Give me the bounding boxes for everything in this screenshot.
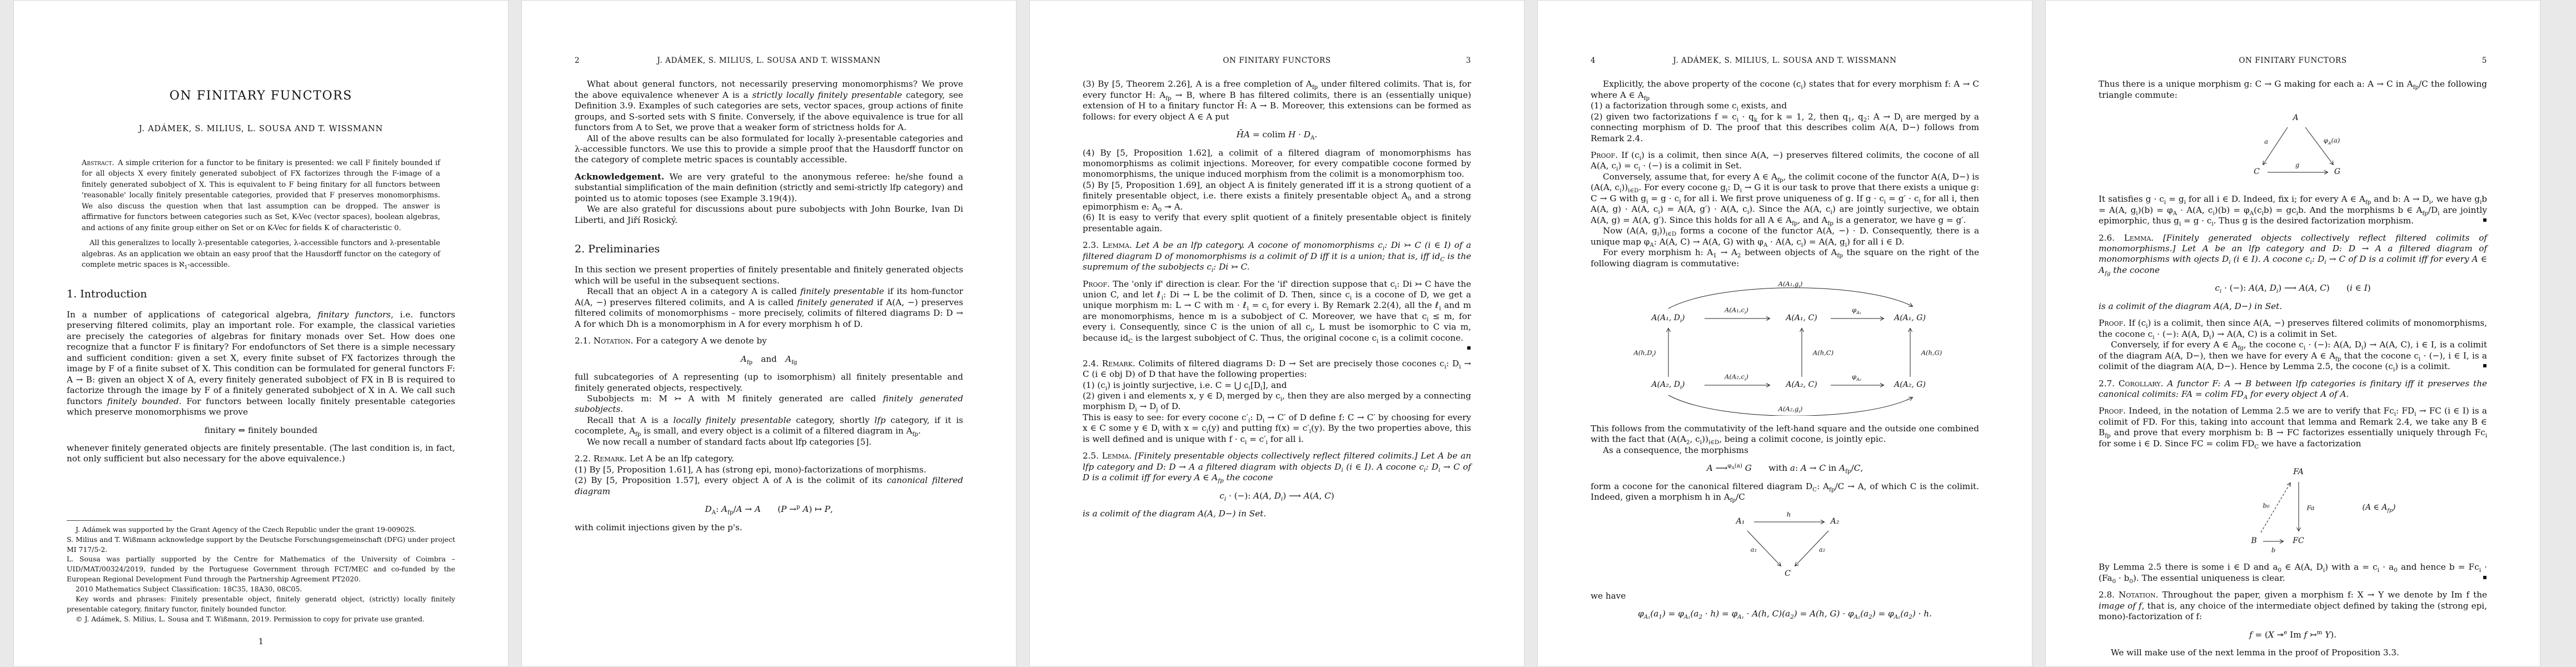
paragraph: with colimit injections given by the p's… [575, 522, 963, 533]
footnote: Key words and phrases: Finitely presenta… [67, 594, 455, 614]
paragraph-text: By Lemma 2.5 there is some i ∈ D and a0 … [2099, 562, 2487, 583]
paragraph: Conversely, if for every A ∈ Afg, the co… [2099, 340, 2487, 372]
diagram-node: A(A₁, G) [1892, 313, 1927, 323]
diagram-node: A₂ [1829, 517, 1841, 527]
footnote: L. Sousa was partially supported by the … [67, 554, 455, 584]
diagram-arrow-label: A(A₂,gi) [1778, 405, 1803, 414]
paragraph: (1) (ci) is jointly surjective, i.e. C =… [1083, 380, 1471, 391]
diagram-arrow-label: Fa [2306, 504, 2314, 512]
display-math-text: ci · (−): A(A, Di) ⟶ A(A, C) (i ∈ I) [2215, 283, 2370, 293]
environment-label: 2.8. Notation. [2099, 590, 2159, 600]
paragraph-text: In this section we present properties of… [575, 265, 963, 285]
paragraph: Conversely, assume that, for every A ∈ A… [1591, 172, 1979, 226]
page-5: ON FINITARY FUNCTORS5Thus there is a uni… [2045, 0, 2540, 667]
paragraph: Thus there is a unique morphism g: C → G… [2099, 79, 2487, 101]
environment-text: [Finitely presentable objects collective… [1083, 451, 1471, 482]
paragraph-text: is a colimit of the diagram A(A, D−) in … [1083, 509, 1266, 519]
paragraph-text: We now recall a number of standard facts… [587, 437, 871, 447]
paragraph: As a consequence, the morphisms [1591, 445, 1979, 456]
paragraph-text: (1) By [5, Proposition 1.61], A has (str… [575, 465, 926, 475]
display-math-text: φA₁(a1) = φA₁(a2 · h) = φA₁ · A(h, C)(a2… [1638, 609, 1932, 619]
display-math-text: Afp and Afg [741, 354, 798, 364]
footnotes: J. Adámek was supported by the Grant Age… [67, 520, 455, 624]
paragraph: Explicitly, the above property of the co… [1591, 79, 1979, 101]
diagram-node: C [2252, 167, 2261, 177]
running-head: 4J. ADÁMEK, S. MILIUS, L. SOUSA AND T. W… [1591, 56, 1979, 66]
paragraph-text: Now (A(A, gi))i∈D forms a cocone of the … [1591, 226, 1979, 246]
footnote: 2010 Mathematics Subject Classification:… [67, 584, 455, 594]
diagram-arrow-label: b [2271, 546, 2275, 555]
paragraph-text: This is easy to see: for every cocone c′… [1083, 412, 1471, 444]
environment: Proof. The 'only if' direction is clear.… [1083, 279, 1471, 352]
paragraph: whenever finitely generated objects are … [67, 443, 455, 465]
display-math-text: DA: Afp/A → A (P →p A) ↦ P, [705, 504, 833, 514]
paragraph: All of the above results can be also for… [575, 133, 963, 166]
environment-text: If (ci) is a colimit, then since A(A, −)… [1591, 150, 1979, 171]
diagram-arrow-label: A(h,Di) [1633, 349, 1656, 357]
paragraph: (4) By [5, Proposition 1.62], a colimit … [1083, 148, 1471, 180]
diagram-arrow-label: A(h,C) [1813, 349, 1833, 357]
paragraph: In this section we present properties of… [575, 265, 963, 286]
running-head-text: J. ADÁMEK, S. MILIUS, L. SOUSA AND T. WI… [600, 56, 938, 66]
paragraph-text: In a number of applications of categoric… [67, 310, 455, 417]
diagram-arrow-label: φA(a) [2324, 137, 2340, 145]
environment-text: Colimits of filtered diagrams D: D → Set… [1083, 359, 1471, 379]
environment-label: 2.1. Notation. [575, 336, 633, 346]
environment-label: Proof. [1083, 279, 1110, 289]
paragraph-text: (2) By [5, Proposition 1.57], every obje… [575, 475, 963, 496]
diagram-node: A(A₂, G) [1892, 380, 1927, 390]
abstract-text: A simple criterion for a functor to be f… [82, 159, 440, 232]
running-head: 2J. ADÁMEK, S. MILIUS, L. SOUSA AND T. W… [575, 56, 963, 66]
paragraph-text: full subcategories of A representing (up… [575, 372, 963, 392]
paragraph: Now (A(A, gi))i∈D forms a cocone of the … [1591, 226, 1979, 247]
qed-marker: ▪ [2483, 573, 2487, 581]
paragraph: This follows from the commutativity of t… [1591, 424, 1979, 445]
running-head-text: ON FINITARY FUNCTORS [2124, 56, 2462, 66]
footnote: © J. Adámek, S. Milius, L. Sousa and T. … [67, 614, 455, 624]
paragraph-text: Conversely, assume that, for every A ∈ A… [1591, 172, 1979, 225]
environment-text: Indeed, in the notation of Lemma 2.5 we … [2099, 406, 2487, 448]
diagram-node: FC [2291, 536, 2305, 546]
environment: 2.2. Remark. Let A be an lfp category. [575, 454, 963, 464]
footnote: S. Milius and T. Wißmann acknowledge sup… [67, 535, 455, 555]
running-head-text: ON FINITARY FUNCTORS [1108, 56, 1446, 66]
paragraph: (3) By [5, Theorem 2.26], A is a free co… [1083, 79, 1471, 122]
display-math-text: A ⟶φA(a) G with a: A → C in Afp/C, [1707, 463, 1863, 473]
page-body: 2J. ADÁMEK, S. MILIUS, L. SOUSA AND T. W… [522, 1, 1016, 666]
paragraph-text: All of the above results can be also for… [575, 133, 963, 165]
environment-label: Proof. [1591, 150, 1618, 160]
environment-label: Acknowledgement. [575, 172, 664, 182]
paragraph-text: (6) It is easy to verify that every spli… [1083, 212, 1471, 233]
environment-label: 2.2. Remark. [575, 454, 627, 464]
paragraph-text: It satisfies g · ci = gi for all i ∈ D. … [2099, 194, 2487, 226]
abstract: Abstract. A simple criterion for a funct… [82, 158, 440, 234]
diagram-arrow-label: a [2264, 138, 2268, 146]
environment-label: Proof. [2099, 406, 2126, 416]
display-math: ci · (−): A(A, Di) ⟶ A(A, C) (i ∈ I) [2099, 283, 2487, 293]
display-math-text: H̄A = colim H · DA. [1237, 130, 1317, 140]
diagram-arrow-label: a₂ [1819, 545, 1825, 554]
paragraph: By Lemma 2.5 there is some i ∈ D and a0 … [2099, 562, 2487, 584]
diagram-arrow-label: b₀ [2263, 502, 2270, 510]
environment-text: Let A be an lfp category. A cocone of mo… [1083, 240, 1471, 272]
display-math-text: finitary ⇔ finitely bounded [205, 425, 317, 435]
environment-text: [Finitely generated objects collectively… [2099, 233, 2487, 275]
display-math: f = (X ↠e Im f ↣m Y). [2099, 630, 2487, 640]
paragraph-text: (1) a factorization through some ci exis… [1591, 101, 1787, 111]
diagram-node: A(A₁, C) [1784, 313, 1818, 323]
section-heading: 1. Introduction [67, 287, 455, 301]
page-number-left: 4 [1591, 56, 1616, 66]
paragraph-text: Thus there is a unique morphism g: C → G… [2099, 79, 2487, 99]
environment-text: If (ci) is a colimit, then since A(A, −)… [2099, 318, 2487, 339]
diagram-arrow-label: φA₂ [1852, 373, 1861, 381]
paragraph: Subobjects m: M ↣ A with M finitely gene… [575, 394, 963, 415]
paragraph-text: We will make use of the next lemma in th… [2111, 648, 2399, 658]
page-2: 2J. ADÁMEK, S. MILIUS, L. SOUSA AND T. W… [521, 0, 1017, 667]
page-body: 4J. ADÁMEK, S. MILIUS, L. SOUSA AND T. W… [1538, 1, 2032, 666]
environment-text: Let A be an lfp category. [630, 454, 734, 464]
page-number-right: 5 [2462, 56, 2487, 66]
section-heading: 2. Preliminaries [575, 242, 963, 256]
diagram-node: A [2291, 113, 2300, 123]
diagram-arrow-label: A(h,G) [1921, 349, 1942, 357]
environment: 2.5. Lemma. [Finitely presentable object… [1083, 451, 1471, 483]
paragraph-text: (4) By [5, Proposition 1.62], a colimit … [1083, 148, 1471, 180]
environment-text: For a category A we denote by [636, 336, 766, 346]
environment-label: 2.5. Lemma. [1083, 451, 1132, 461]
display-math: H̄A = colim H · DA. [1083, 130, 1471, 140]
paragraph: (2) given two factorizations f = ci · qk… [1591, 112, 1979, 144]
page-4: 4J. ADÁMEK, S. MILIUS, L. SOUSA AND T. W… [1537, 0, 2032, 667]
paragraph: We will make use of the next lemma in th… [2099, 648, 2487, 658]
page-number: 1 [67, 637, 455, 648]
page-number-left: 2 [575, 56, 600, 66]
paragraph: (6) It is easy to verify that every spli… [1083, 212, 1471, 234]
paper-authors: J. ADÁMEK, S. MILIUS, L. SOUSA AND T. WI… [67, 124, 455, 135]
paragraph-text: we have [1591, 591, 1626, 601]
paragraph-text: We are also grateful for discussions abo… [575, 204, 963, 225]
paper-title: ON FINITARY FUNCTORS [67, 88, 455, 104]
paragraph: (5) By [5, Proposition 1.69], an object … [1083, 180, 1471, 212]
diagram-arrows [1607, 277, 1963, 416]
paragraph-text: For every morphism h: A1 → A2 between ob… [1591, 247, 1979, 268]
paragraph: This is easy to see: for every cocone c′… [1083, 412, 1471, 445]
diagram-node: C [1783, 569, 1792, 579]
diagram-node: FA [2291, 467, 2305, 477]
diagram-node: G [2333, 167, 2342, 177]
paragraph-text: (3) By [5, Theorem 2.26], A is a free co… [1083, 79, 1471, 121]
running-head: ON FINITARY FUNCTORS3 [1083, 56, 1471, 66]
paragraph: Recall that an object A in a category A … [575, 286, 963, 330]
page-3: ON FINITARY FUNCTORS3(3) By [5, Theorem … [1029, 0, 1524, 667]
environment: Proof. If (ci) is a colimit, then since … [1591, 150, 1979, 172]
paragraph-text: (2) given i and elements x, y ∈ Di merge… [1083, 391, 1471, 411]
paragraph-text: (2) given two factorizations f = ci · qk… [1591, 112, 1979, 143]
abstract-continued: All this generalizes to locally λ-presen… [82, 238, 440, 271]
paragraph-text: Recall that A is a locally finitely pres… [575, 415, 963, 436]
footnote-rule [67, 520, 172, 521]
paragraph: In a number of applications of categoric… [67, 310, 455, 418]
paragraph: is a colimit of the diagram A(A, D−) in … [2099, 301, 2487, 312]
environment: 2.1. Notation. For a category A we denot… [575, 336, 963, 346]
paragraph: (1) a factorization through some ci exis… [1591, 101, 1979, 111]
paragraph-text: is a colimit of the diagram A(A, D−) in … [2099, 301, 2282, 311]
diagram-annotation: (A ∈ Afp) [2360, 503, 2397, 513]
paragraph: We now recall a number of standard facts… [575, 437, 963, 447]
diagram-arrow-label: a₁ [1751, 545, 1757, 554]
diagram-arrow-label: g [2295, 161, 2299, 170]
running-head-text: J. ADÁMEK, S. MILIUS, L. SOUSA AND T. WI… [1616, 56, 1954, 66]
display-math: Afp and Afg [575, 354, 963, 365]
diagram-arrow-label: A(A₂,ci) [1725, 373, 1748, 381]
diagram-arrow-label: φA₁ [1852, 306, 1861, 315]
environment-label: 2.3. Lemma. [1083, 240, 1132, 250]
diagram-arrow-label: A(A₁,ci) [1725, 306, 1748, 315]
paragraph: form a cocone for the canonical filtered… [1591, 481, 1979, 503]
paragraph-text: What about general functors, not necessa… [575, 79, 963, 132]
environment: 2.6. Lemma. [Finitely generated objects … [2099, 233, 2487, 276]
paragraph: It satisfies g · ci = gi for all i ∈ D. … [2099, 194, 2487, 226]
abstract-label: Abstract. [82, 159, 114, 167]
paragraph: We are also grateful for discussions abo… [575, 204, 963, 226]
page-1: ON FINITARY FUNCTORSJ. ADÁMEK, S. MILIUS… [13, 0, 509, 667]
paragraph-text: As a consequence, the morphisms [1603, 445, 1748, 455]
environment-text: The 'only if' direction is clear. For th… [1083, 279, 1471, 343]
paragraph-text: (5) By [5, Proposition 1.69], an object … [1083, 180, 1471, 212]
environment: 2.7. Corollary. A functor F: A → B betwe… [2099, 379, 2487, 400]
environment: Acknowledgement. We are very grateful to… [575, 172, 963, 204]
paragraph: is a colimit of the diagram A(A, D−) in … [1083, 509, 1471, 519]
diagram-arrow-label: A(A₁,gi) [1778, 280, 1803, 288]
page-number-right: 3 [1446, 56, 1471, 66]
paragraph-text: (1) (ci) is jointly surjective, i.e. C =… [1083, 380, 1287, 390]
page-body: ON FINITARY FUNCTORS5Thus there is a uni… [2046, 1, 2540, 666]
paragraph-text: with colimit injections given by the p's… [575, 522, 743, 532]
diagram-node: A(A₂, Di) [1650, 380, 1687, 390]
paragraph-text: whenever finitely generated objects are … [67, 443, 455, 464]
paragraph: full subcategories of A representing (up… [575, 372, 963, 394]
display-math: A ⟶φA(a) G with a: A → C in Afp/C, [1591, 463, 1979, 474]
qed-marker: ▪ [1467, 344, 1471, 352]
paragraph: (2) By [5, Proposition 1.57], every obje… [575, 475, 963, 497]
paragraph-text: Subobjects m: M ↣ A with M finitely gene… [575, 394, 963, 414]
commutative-triangle-factorization: A C G a φA(a) g [2115, 108, 2471, 186]
environment-label: 2.4. Remark. [1083, 359, 1135, 369]
diagram-node: B [2249, 536, 2258, 546]
running-head: ON FINITARY FUNCTORS5 [2099, 56, 2487, 66]
qed-marker: ▪ [2483, 216, 2487, 224]
paper-pages-grid: ON FINITARY FUNCTORSJ. ADÁMEK, S. MILIUS… [0, 0, 2576, 667]
environment: 2.4. Remark. Colimits of filtered diagra… [1083, 359, 1471, 380]
commutative-triangle-slice: A₁ A₂ C h a₁ a₂ [1607, 511, 1963, 583]
environment: Proof. If (ci) is a colimit, then since … [2099, 318, 2487, 340]
display-math: ci · (−): A(A, Di) ⟶ A(A, C) [1083, 491, 1471, 501]
commutative-diagram-hom-squares: A(A₁, Di) A(A₁, C) A(A₁, G) A(A₂, Di) A(… [1607, 277, 1963, 416]
paragraph-text: form a cocone for the canonical filtered… [1591, 481, 1979, 502]
display-math: φA₁(a1) = φA₁(a2 · h) = φA₁ · A(h, C)(a2… [1591, 609, 1979, 619]
environment-label: 2.7. Corollary. [2099, 379, 2163, 389]
paragraph-text: Explicitly, the above property of the co… [1591, 79, 1979, 99]
paragraph: Recall that A is a locally finitely pres… [575, 415, 963, 437]
qed-marker: ▪ [2470, 361, 2487, 370]
paragraph: For every morphism h: A1 → A2 between ob… [1591, 247, 1979, 269]
page-body: ON FINITARY FUNCTORS3(3) By [5, Theorem … [1030, 1, 1524, 666]
paragraph-text: This follows from the commutativity of t… [1591, 424, 1979, 444]
paragraph: (1) By [5, Proposition 1.61], A has (str… [575, 465, 963, 475]
diagram-node: A(A₁, Di) [1650, 313, 1687, 323]
paragraph: we have [1591, 591, 1979, 601]
diagram-node: A(A₂, C) [1784, 380, 1818, 390]
display-math: finitary ⇔ finitely bounded [67, 425, 455, 436]
paragraph-text: Conversely, if for every A ∈ Afg, the co… [2099, 340, 2487, 371]
paragraph: (2) given i and elements x, y ∈ Di merge… [1083, 391, 1471, 412]
paragraph-text: Recall that an object A in a category A … [575, 286, 963, 328]
environment: Proof. Indeed, in the notation of Lemma … [2099, 406, 2487, 449]
display-math: DA: Afp/A → A (P →p A) ↦ P, [575, 504, 963, 515]
environment-label: 2.6. Lemma. [2099, 233, 2154, 243]
paragraph: What about general functors, not necessa… [575, 79, 963, 133]
factorization-diagram: FA B FC Fa b₀ b (A ∈ Afp) [2115, 457, 2471, 554]
diagram-node: A₁ [1735, 517, 1747, 527]
display-math-text: f = (X ↠e Im f ↣m Y). [2249, 630, 2336, 640]
environment-label: Proof. [2099, 318, 2126, 328]
environment: 2.8. Notation. Throughout the paper, giv… [2099, 590, 2487, 622]
diagram-arrow-label: h [1787, 510, 1791, 519]
environment: 2.3. Lemma. Let A be an lfp category. A … [1083, 240, 1471, 272]
display-math-text: ci · (−): A(A, Di) ⟶ A(A, C) [1219, 491, 1334, 501]
footnote: J. Adámek was supported by the Grant Age… [67, 525, 455, 535]
page-body: ON FINITARY FUNCTORSJ. ADÁMEK, S. MILIUS… [14, 1, 508, 666]
